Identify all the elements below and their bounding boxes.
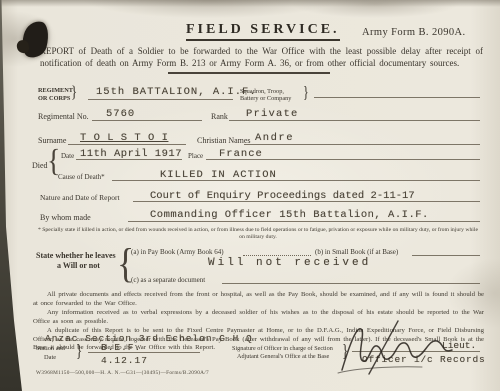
bottom-date-value: 4.12.17 <box>101 355 148 366</box>
fill-line <box>88 99 233 100</box>
paragraph-private-documents: All private documents and effects receiv… <box>33 291 484 308</box>
station-label-line2: Date <box>44 354 56 361</box>
fill-line <box>128 221 480 222</box>
fill-line <box>133 201 480 202</box>
died-label: Died <box>32 161 48 170</box>
fill-line <box>112 180 480 181</box>
station-label-line1: Station and <box>36 345 65 352</box>
regimental-no-label: Regimental No. <box>38 112 89 121</box>
fill-line <box>229 120 480 121</box>
leader-dots <box>243 255 311 256</box>
form-title: FIELD SERVICE. <box>186 22 340 41</box>
christian-names-label: Christian Names <box>197 136 251 145</box>
squadron-brace: } <box>303 82 309 103</box>
will-label-line2: a Will or not <box>57 261 100 270</box>
by-whom-value: Commanding Officer 15th Battalion, A.I.F… <box>150 209 429 221</box>
by-whom-label: By whom made <box>40 213 91 222</box>
form-number: Army Form B. 2090A. <box>362 27 466 38</box>
fill-line <box>68 144 186 145</box>
cause-of-death-label: Cause of Death* <box>58 173 105 181</box>
will-typed-value: Will not received <box>208 257 371 269</box>
footnote: * Specially state if killed in action, o… <box>35 227 481 241</box>
fill-line <box>412 255 480 256</box>
signature-scribble <box>336 320 486 375</box>
fill-line <box>244 144 480 145</box>
regiment-label-line2: OR CORPS <box>38 95 70 103</box>
scan-top-shadow <box>0 0 500 7</box>
station-brace: } <box>76 340 82 362</box>
place-label: Place <box>188 152 203 160</box>
date-label: Date <box>61 152 74 160</box>
printer-code: W3968M1150—500,000—H. A. N.—G31—(30495)—… <box>36 370 209 376</box>
will-label-line1: State whether he leaves <box>36 251 116 260</box>
regiment-brace: } <box>71 82 77 103</box>
regiment-label-line1: REGIMENT <box>38 87 73 95</box>
signature-label-line2: Adjutant General's Office at the Base <box>237 353 329 360</box>
paper-background: FIELD SERVICE. Army Form B. 2090A. REPOR… <box>0 0 500 391</box>
regimental-no-value: 5760 <box>106 108 135 120</box>
christian-names-value: Andre <box>255 132 294 144</box>
intro-paragraph: REPORT of Death of a Soldier to be forwa… <box>40 46 483 69</box>
will-option-a: (a) in Pay Book (Army Book 64) <box>131 248 224 256</box>
rank-value: Private <box>246 108 299 120</box>
fill-line <box>92 120 202 121</box>
surname-value: T O L S T O I <box>80 132 168 144</box>
scanned-army-form-page: { "glyphs": { "lbrace": "{", "rbrace": "… <box>0 0 500 391</box>
fill-line <box>314 97 480 98</box>
regiment-value: 15th BATTALION, A.I.F. <box>96 86 257 98</box>
rank-label: Rank <box>211 112 228 121</box>
will-option-c: (c) as a separate document <box>131 276 205 284</box>
signature-label-line1: Signature of Officer in charge of Sectio… <box>232 345 333 352</box>
fill-line <box>76 159 182 160</box>
squadron-label-line2: Battery or Company <box>240 95 291 103</box>
fill-line <box>222 283 480 284</box>
fill-line <box>206 159 480 160</box>
scan-left-edge <box>0 0 26 391</box>
fill-line <box>88 352 200 353</box>
report-label: Nature and Date of Report <box>40 193 120 202</box>
header-divider <box>168 72 330 74</box>
will-option-b: (b) in Small Book (if at Base) <box>315 248 398 256</box>
